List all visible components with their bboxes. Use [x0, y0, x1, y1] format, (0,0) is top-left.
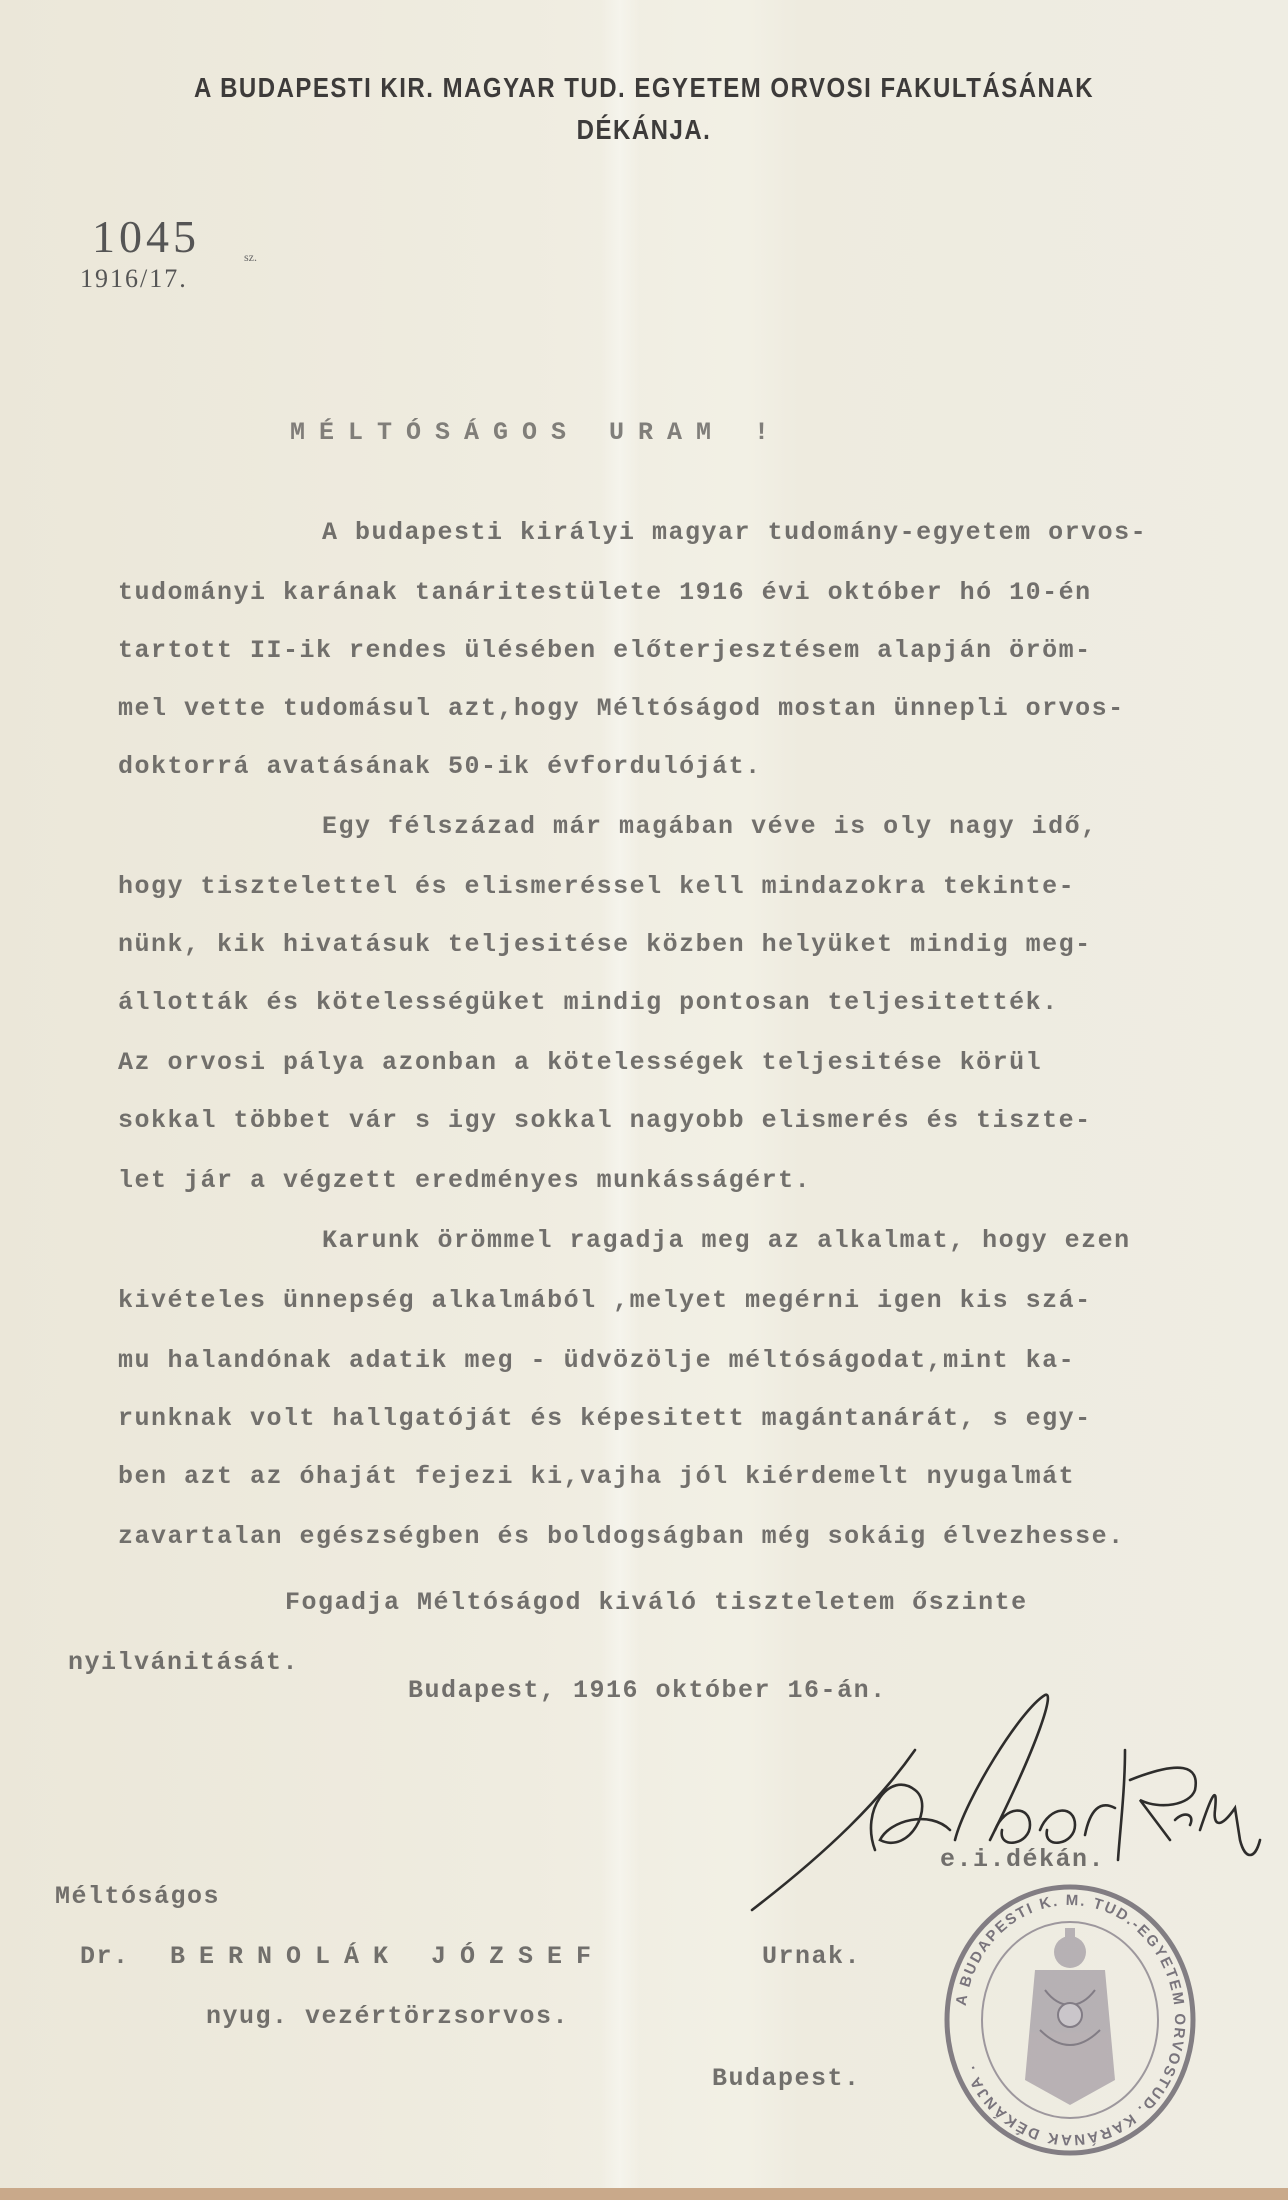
- body-line: nünk, kik hivatásuk teljesitése közben h…: [118, 930, 1092, 959]
- paper-fold: [600, 0, 640, 2190]
- signature-title: e.i.dékán.: [940, 1845, 1105, 1874]
- body-line: sokkal többet vár s igy sokkal nagyobb e…: [118, 1106, 1092, 1135]
- body-line: mu halandónak adatik meg - üdvözölje mél…: [118, 1346, 1075, 1375]
- addressee-suffix: Urnak.: [762, 1942, 861, 1971]
- salutation: MÉLTÓSÁGOS URAM !: [290, 418, 783, 447]
- body-line: hogy tisztelettel és elismeréssel kell m…: [118, 872, 1075, 901]
- reference-suffix: sz.: [244, 250, 257, 265]
- body-line: kivételes ünnepség alkalmából ,melyet me…: [118, 1286, 1092, 1315]
- body-line: let jár a végzett eredményes munkásságér…: [118, 1166, 811, 1195]
- body-line: állották és kötelességüket mindig pontos…: [118, 988, 1059, 1017]
- paper-bottom-edge: [0, 2188, 1288, 2200]
- body-line: doktorrá avatásának 50-ik évfordulóját.: [118, 752, 762, 781]
- letterhead-line-1: A BUDAPESTI KIR. MAGYAR TUD. EGYETEM ORV…: [0, 73, 1288, 105]
- addressee-honorific: Méltóságos: [55, 1882, 220, 1911]
- addressee-city: Budapest.: [712, 2064, 861, 2093]
- reference-year: 1916/17.: [80, 264, 188, 294]
- addressee-name: BERNOLÁK JÓZSEF: [170, 1942, 605, 1971]
- body-line: tudományi karának tanáritestülete 1916 é…: [118, 578, 1092, 607]
- reference-number: 1045: [92, 210, 200, 263]
- body-line: nyilvánitását.: [68, 1648, 299, 1677]
- letterhead-line-2: DÉKÁNJA.: [0, 115, 1288, 147]
- body-line: ben azt az óhaját fejezi ki,vajha jól ki…: [118, 1462, 1075, 1491]
- official-seal-stamp: A BUDAPESTI K. M. TUD.-EGYETEM ORVOSTUD.…: [940, 1880, 1200, 2160]
- addressee-role: nyug. vezértörzsorvos.: [206, 2002, 569, 2031]
- body-line: Fogadja Méltóságod kiváló tiszteletem ős…: [285, 1588, 1028, 1617]
- addressee-prefix: Dr.: [80, 1942, 130, 1971]
- body-line: zavartalan egészségben és boldogságban m…: [118, 1522, 1125, 1551]
- body-line: Karunk örömmel ragadja meg az alkalmat, …: [322, 1226, 1131, 1255]
- body-line: tartott II-ik rendes ülésében előterjesz…: [118, 636, 1092, 665]
- body-line: Az orvosi pálya azonban a kötelességek t…: [118, 1048, 1042, 1077]
- body-line: Egy félszázad már magában véve is oly na…: [322, 812, 1098, 841]
- body-line: runknak volt hallgatóját és képesitett m…: [118, 1404, 1092, 1433]
- body-line: mel vette tudomásul azt,hogy Méltóságod …: [118, 694, 1125, 723]
- body-line: A budapesti királyi magyar tudomány-egye…: [322, 518, 1147, 547]
